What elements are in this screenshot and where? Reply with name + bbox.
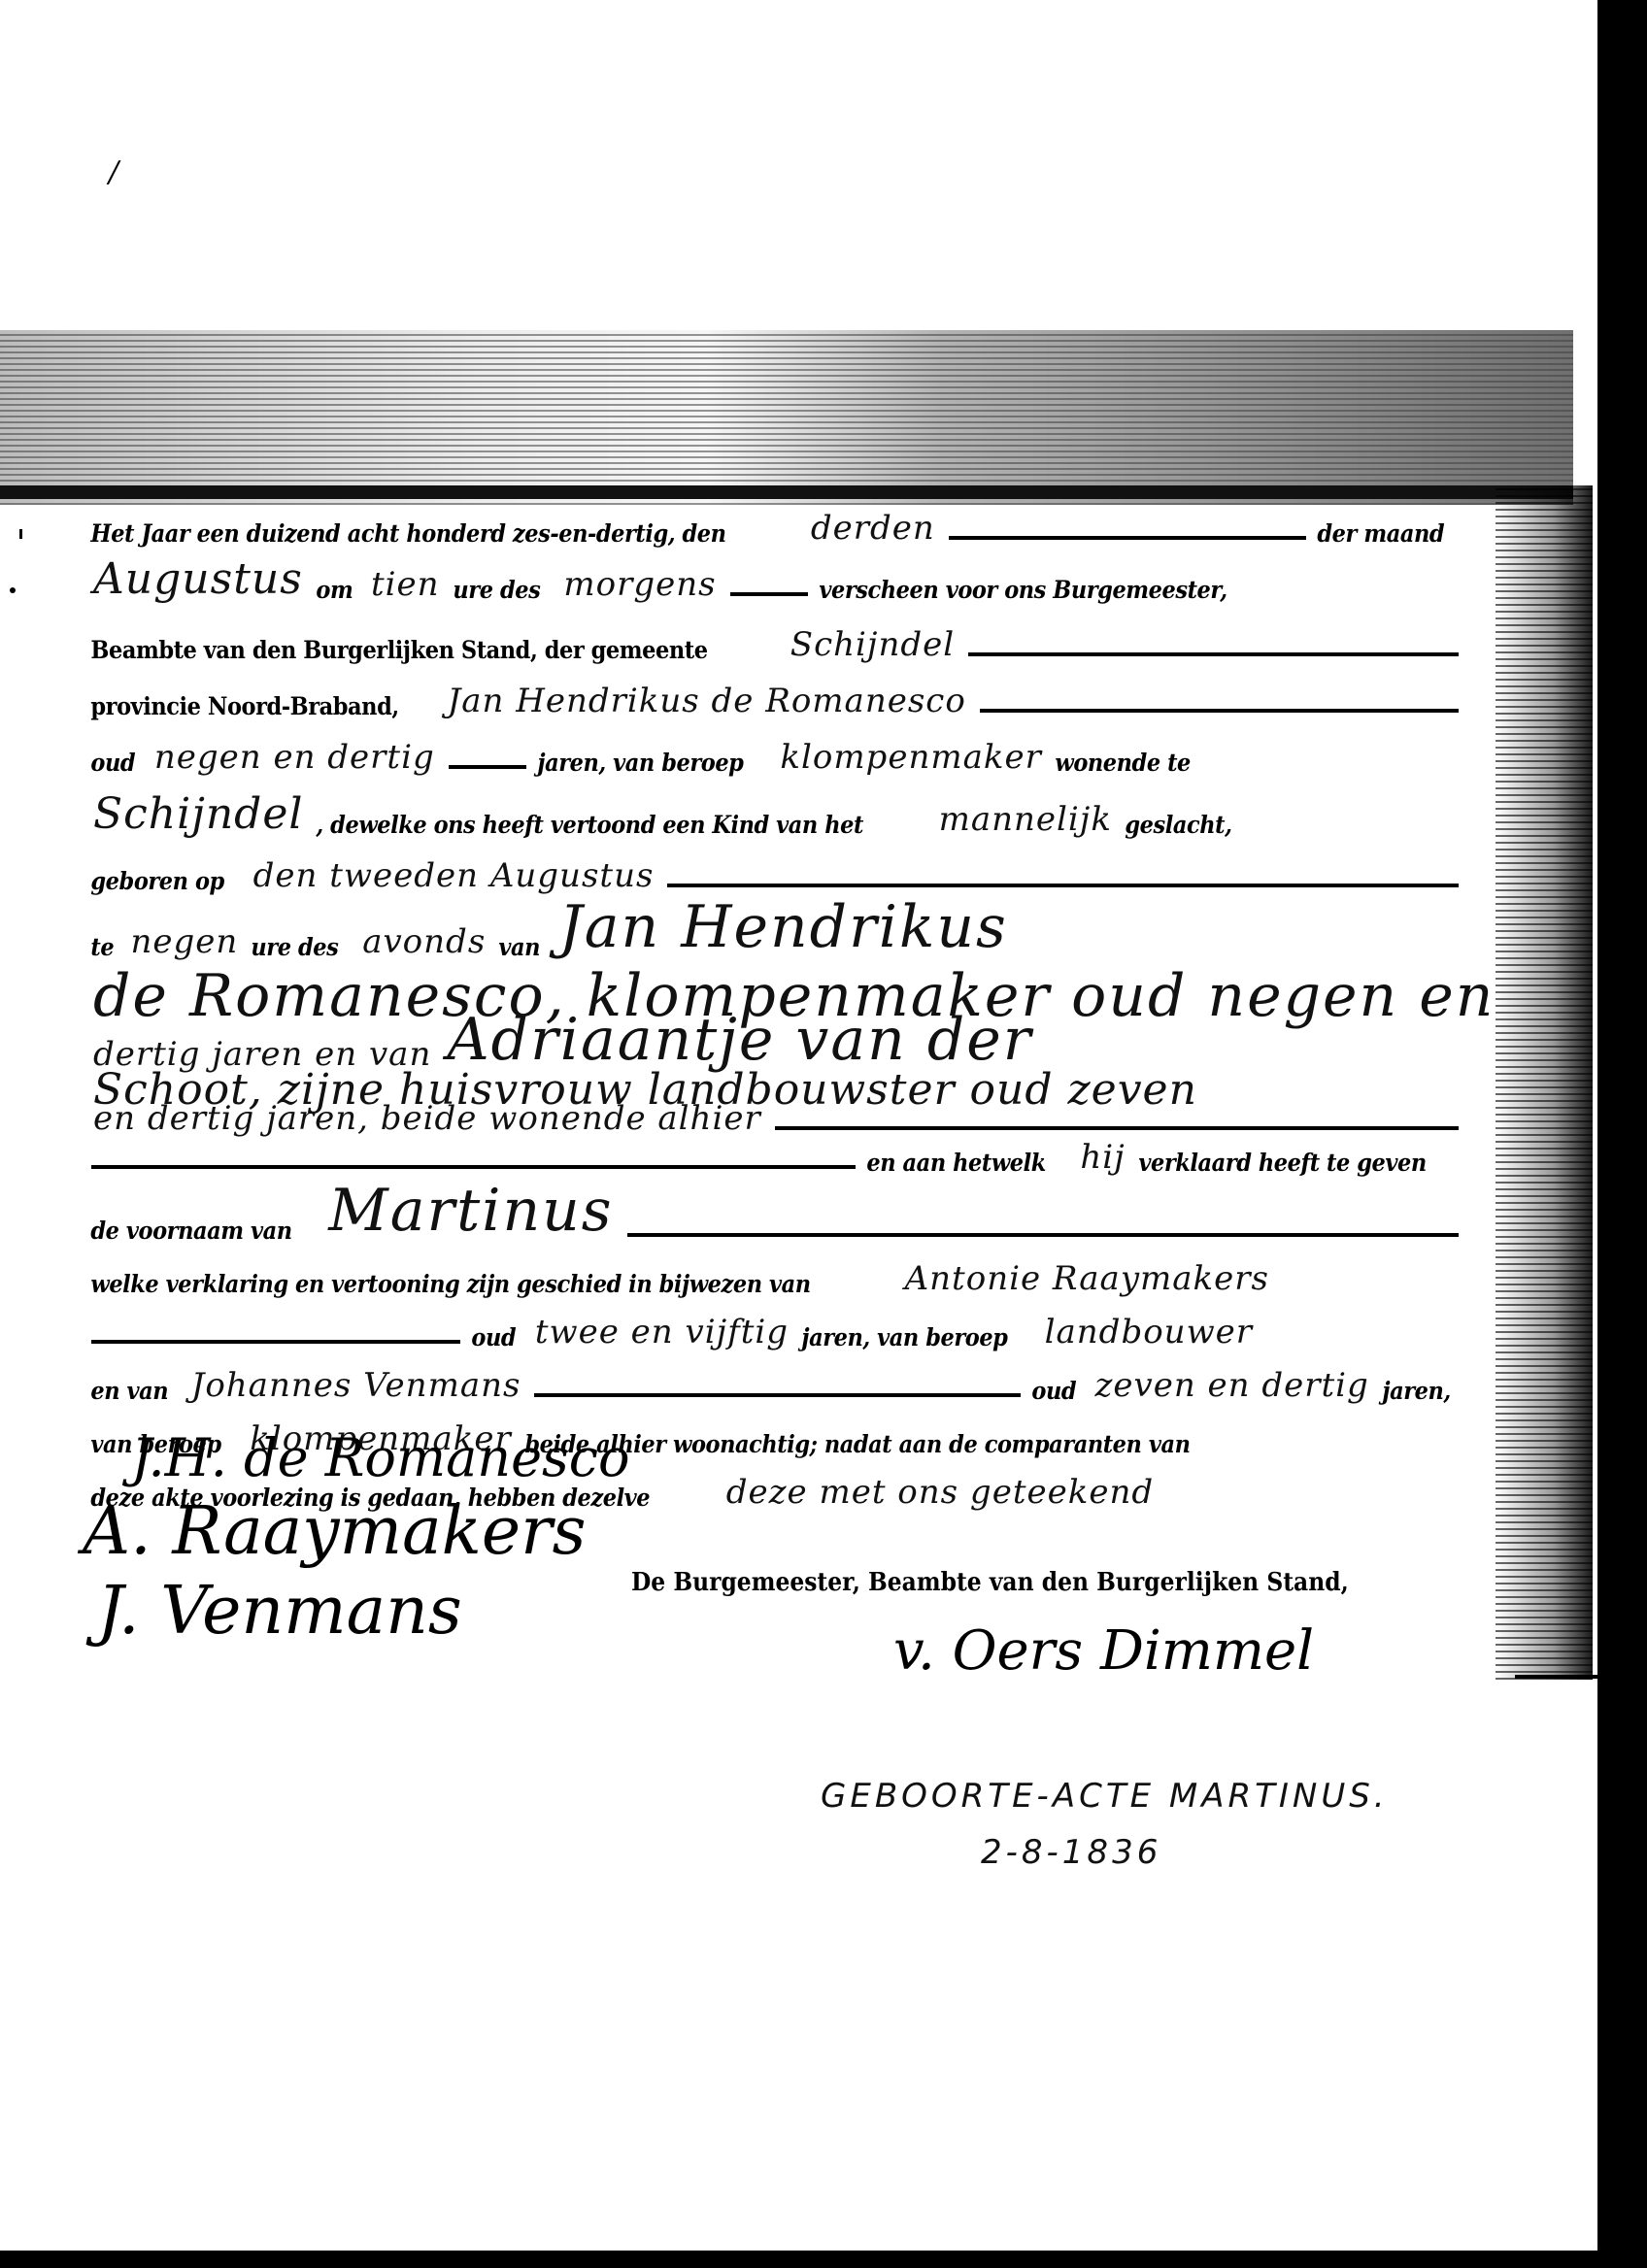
printed-text: verklaard heeft te geven [1133, 1149, 1431, 1177]
signature-witness-1: J.H. de Romanesco [131, 1427, 630, 1488]
handwritten-occupation: klompenmaker [772, 738, 1049, 777]
handwritten-age: twee en vijftig [527, 1313, 796, 1351]
form-line-13: en aan hetwelk hij verklaard heeft te ge… [85, 1126, 1464, 1177]
handwritten-hour: tien [363, 565, 448, 604]
handwritten-day: derden [803, 509, 943, 548]
printed-text: wonende te [1050, 749, 1195, 777]
handwritten-birth-date: den tweeden Augustus [246, 856, 662, 895]
printed-text: welke verklaring en vertooning zijn gesc… [85, 1270, 816, 1298]
printed-text: om [311, 576, 358, 604]
form-line-16: oud twee en vijftig jaren, van beroep la… [85, 1301, 1464, 1351]
fill-line [667, 884, 1459, 887]
printed-text: jaren, [1377, 1377, 1456, 1405]
form-line-15: welke verklaring en vertooning zijn gesc… [85, 1248, 1464, 1298]
handwritten-signing-note: deze met ons geteekend [719, 1473, 1161, 1512]
printed-text: van [493, 933, 545, 961]
printed-text: ure des [246, 933, 344, 961]
form-line-8: te negen ure des avonds van Jan Hendriku… [85, 891, 1464, 961]
printed-text: der maand [1312, 519, 1450, 548]
printed-text: Beambte van den Burgerlijken Stand, der … [85, 636, 713, 664]
printed-text: Het Jaar een duizend acht honderd zes-en… [85, 519, 731, 548]
form-line-2: Augustus om tien ure des morgens versche… [85, 553, 1464, 604]
handwritten-sex: mannelijk [931, 800, 1120, 839]
handwritten-birth-hour: negen [122, 922, 246, 961]
fill-line [730, 592, 808, 596]
printed-text: te [85, 933, 119, 961]
handwritten-age: zeven en dertig [1087, 1366, 1376, 1405]
handwritten-month: Augustus [85, 554, 311, 604]
signature-official: v. Oers Dimmel [893, 1619, 1314, 1683]
handwritten-child-name: Martinus [320, 1177, 621, 1245]
fill-line [980, 709, 1459, 713]
printed-text: ure des [448, 576, 546, 604]
printed-text: de voornaam van [85, 1217, 297, 1245]
form-line-7: geboren op den tweeden Augustus [85, 845, 1464, 895]
annotation-title: GEBOORTE-ACTE MARTINUS. [821, 1777, 1389, 1816]
fill-line [449, 765, 526, 769]
printed-text: jaren, van beroep [796, 1323, 1013, 1351]
signature-witness-3: J. Venmans [97, 1573, 462, 1650]
form-line-1: Het Jaar een duizend acht honderd zes-en… [85, 497, 1464, 548]
handwritten-municipality: Schijndel [783, 625, 962, 664]
form-line-4: provincie Noord-Braband, Jan Hendrikus d… [85, 670, 1464, 720]
photocopy-smudge [0, 330, 1573, 505]
printed-text: oud [1026, 1377, 1082, 1405]
form-bottom-border [1515, 1675, 1597, 1679]
handwritten-age: negen en dertig [147, 738, 443, 777]
margin-dot [10, 587, 16, 593]
handwritten-pronoun: hij [1072, 1138, 1132, 1177]
fill-line [968, 652, 1459, 656]
scan-edge-right [1597, 0, 1647, 2268]
handwritten-father-name: Jan Hendrikus [552, 893, 1016, 961]
handwritten-witness-2: Johannes Venmans [184, 1366, 529, 1405]
handwritten-father-name: Jan Hendrikus de Romanesco [440, 682, 974, 720]
handwritten-occupation: landbouwer [1037, 1313, 1260, 1351]
scan-edge-bottom [0, 2251, 1647, 2268]
fill-line [949, 536, 1306, 540]
printed-text: en van [85, 1377, 174, 1405]
form-line-17: en van Johannes Venmans oud zeven en der… [85, 1354, 1464, 1405]
fill-line [627, 1233, 1459, 1237]
printed-text: oud [466, 1323, 521, 1351]
fill-line [91, 1165, 856, 1169]
handwritten-witness-1: Antonie Raaymakers [897, 1259, 1277, 1298]
fill-line [534, 1393, 1020, 1397]
form-line-5: oud negen en dertig jaren, van beroep kl… [85, 726, 1464, 777]
annotation-date: 2-8-1836 [981, 1833, 1161, 1872]
handwritten-daypart: avonds [354, 922, 493, 961]
form-line-3: Beambte van den Burgerlijken Stand, der … [85, 614, 1464, 664]
printed-text: oud [85, 749, 141, 777]
form-line-14: de voornaam van Martinus [85, 1184, 1464, 1245]
printed-text: en aan hetwelk [861, 1149, 1051, 1177]
handwritten-residence: Schijndel [85, 789, 311, 839]
form-right-border [1496, 485, 1593, 1680]
printed-text: jaren, van beroep [532, 749, 749, 777]
form-line-6: Schijndel , dewelke ons heeft vertoond e… [85, 788, 1464, 839]
official-title-label: De Burgemeester, Beambte van den Burgerl… [631, 1568, 1349, 1597]
printed-text: provincie Noord-Braband, [85, 692, 404, 720]
signature-witness-2: A. Raaymakers [83, 1493, 586, 1570]
printed-text: , dewelke ons heeft vertoond een Kind va… [311, 811, 868, 839]
margin-tick [19, 529, 22, 539]
printed-text: verscheen voor ons Burgemeester, [814, 576, 1232, 604]
printed-text: geslacht, [1120, 811, 1237, 839]
stray-mark: / [109, 155, 118, 189]
fill-line [91, 1340, 460, 1344]
handwritten-daypart: morgens [555, 565, 723, 604]
